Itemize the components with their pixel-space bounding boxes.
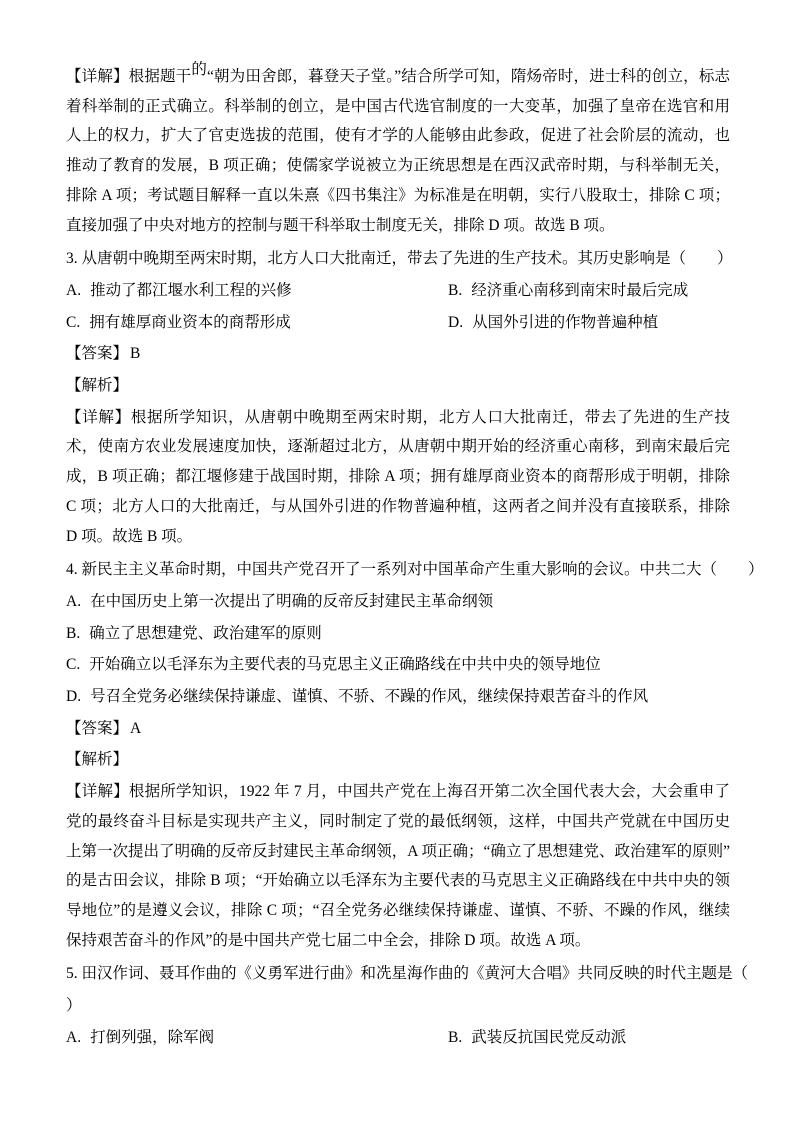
option-text: 开始确立以毛泽东为主要代表的马克思主义正确路线在中共中央的领导地位 xyxy=(89,656,601,673)
q4-answer-line: 【答案】A xyxy=(66,714,730,744)
option-text: 号召全党务必继续保持谦虚、谨慎、不骄、不躁的作风，继续保持艰苦奋斗的作风 xyxy=(90,688,648,705)
option-text: 推动了都江堰水利工程的兴修 xyxy=(90,282,292,299)
q4-analysis-line: 【解析】 xyxy=(66,745,730,775)
option-letter: A. xyxy=(66,1023,81,1053)
option-letter: D. xyxy=(66,682,81,712)
document-page: 【详解】根据题干的“朝为田舍郎，暮登天子堂。”结合所学可知，隋炀帝时，进士科的创… xyxy=(0,0,794,1123)
option-text: 拥有雄厚商业资本的商帮形成 xyxy=(89,314,291,331)
detail-label: 【详解】 xyxy=(66,68,129,85)
q5-option-b: B.武装反抗国民党反动派 xyxy=(448,1023,626,1053)
option-text: 武装反抗国民党反动派 xyxy=(471,1029,626,1046)
q4-stem: 4. 新民主主义革命时期，中国共产党召开了一系列对中国革命产生重大影响的会议。中… xyxy=(66,555,730,585)
q3-analysis-line: 【解析】 xyxy=(66,371,730,401)
option-letter: B. xyxy=(448,276,462,306)
q4-option-d: D.号召全党务必继续保持谦虚、谨慎、不骄、不躁的作风，继续保持艰苦奋斗的作风 xyxy=(66,682,730,712)
option-letter: B. xyxy=(66,619,80,649)
superscript-de: 的 xyxy=(191,61,207,78)
option-text: 从国外引进的作物普遍种植 xyxy=(472,314,658,331)
detail-prefix: 根据题干 xyxy=(129,68,192,85)
answer-label: 【答案】 xyxy=(66,720,128,737)
q3-options-row-cd: C.拥有雄厚商业资本的商帮形成 D.从国外引进的作物普遍种植 xyxy=(66,308,730,338)
q3-stem: 3. 从唐朝中晚期至两宋时期，北方人口大批南迁，带去了先进的生产技术。其历史影响… xyxy=(66,244,730,274)
q4-option-b: B.确立了思想建党、政治建军的原则 xyxy=(66,619,730,649)
q3-answer-line: 【答案】B xyxy=(66,339,730,369)
q3-option-d: D.从国外引进的作物普遍种植 xyxy=(448,308,658,338)
q5-stem-line1: 5. 田汉作词、聂耳作曲的《义勇军进行曲》和冼星海作曲的《黄河大合唱》共同反映的… xyxy=(66,959,730,989)
option-letter: C. xyxy=(66,308,80,338)
option-text: 在中国历史上第一次提出了明确的反帝反封建民主革命纲领 xyxy=(90,593,493,610)
q4-option-a: A.在中国历史上第一次提出了明确的反帝反封建民主革命纲领 xyxy=(66,587,730,617)
q4-option-c: C.开始确立以毛泽东为主要代表的马克思主义正确路线在中共中央的领导地位 xyxy=(66,650,730,680)
option-letter: D. xyxy=(448,308,463,338)
answer-letter: A xyxy=(130,720,141,737)
q5-option-a: A.打倒列强，除军阀 xyxy=(66,1023,448,1053)
q3-option-a: A.推动了都江堰水利工程的兴修 xyxy=(66,276,448,306)
q3-options-row-ab: A.推动了都江堰水利工程的兴修 B.经济重心南移到南宋时最后完成 xyxy=(66,276,730,306)
q2-detail-paragraph: 【详解】根据题干的“朝为田舍郎，暮登天子堂。”结合所学可知，隋炀帝时，进士科的创… xyxy=(66,62,730,240)
option-letter: C. xyxy=(66,650,80,680)
q5-stem-line2: ） xyxy=(66,991,730,1021)
option-letter: A. xyxy=(66,276,81,306)
answer-label: 【答案】 xyxy=(66,345,128,362)
answer-letter: B xyxy=(130,345,140,362)
option-text: 打倒列强，除军阀 xyxy=(90,1029,214,1046)
q5-options-row-ab: A.打倒列强，除军阀 B.武装反抗国民党反动派 xyxy=(66,1023,730,1053)
option-letter: B. xyxy=(448,1023,462,1053)
option-text: 确立了思想建党、政治建军的原则 xyxy=(89,625,322,642)
q3-option-b: B.经济重心南移到南宋时最后完成 xyxy=(448,276,688,306)
option-letter: A. xyxy=(66,587,81,617)
option-text: 经济重心南移到南宋时最后完成 xyxy=(471,282,688,299)
q3-detail-paragraph: 【详解】根据所学知识，从唐朝中晚期至两宋时期，北方人口大批南迁，带去了先进的生产… xyxy=(66,403,730,552)
q4-detail-paragraph: 【详解】根据所学知识，1922 年 7 月，中国共产党在上海召开第二次全国代表大… xyxy=(66,777,730,955)
detail-body: “朝为田舍郎，暮登天子堂。”结合所学可知，隋炀帝时，进士科的创立，标志着科举制的… xyxy=(66,68,730,234)
q3-option-c: C.拥有雄厚商业资本的商帮形成 xyxy=(66,308,448,338)
